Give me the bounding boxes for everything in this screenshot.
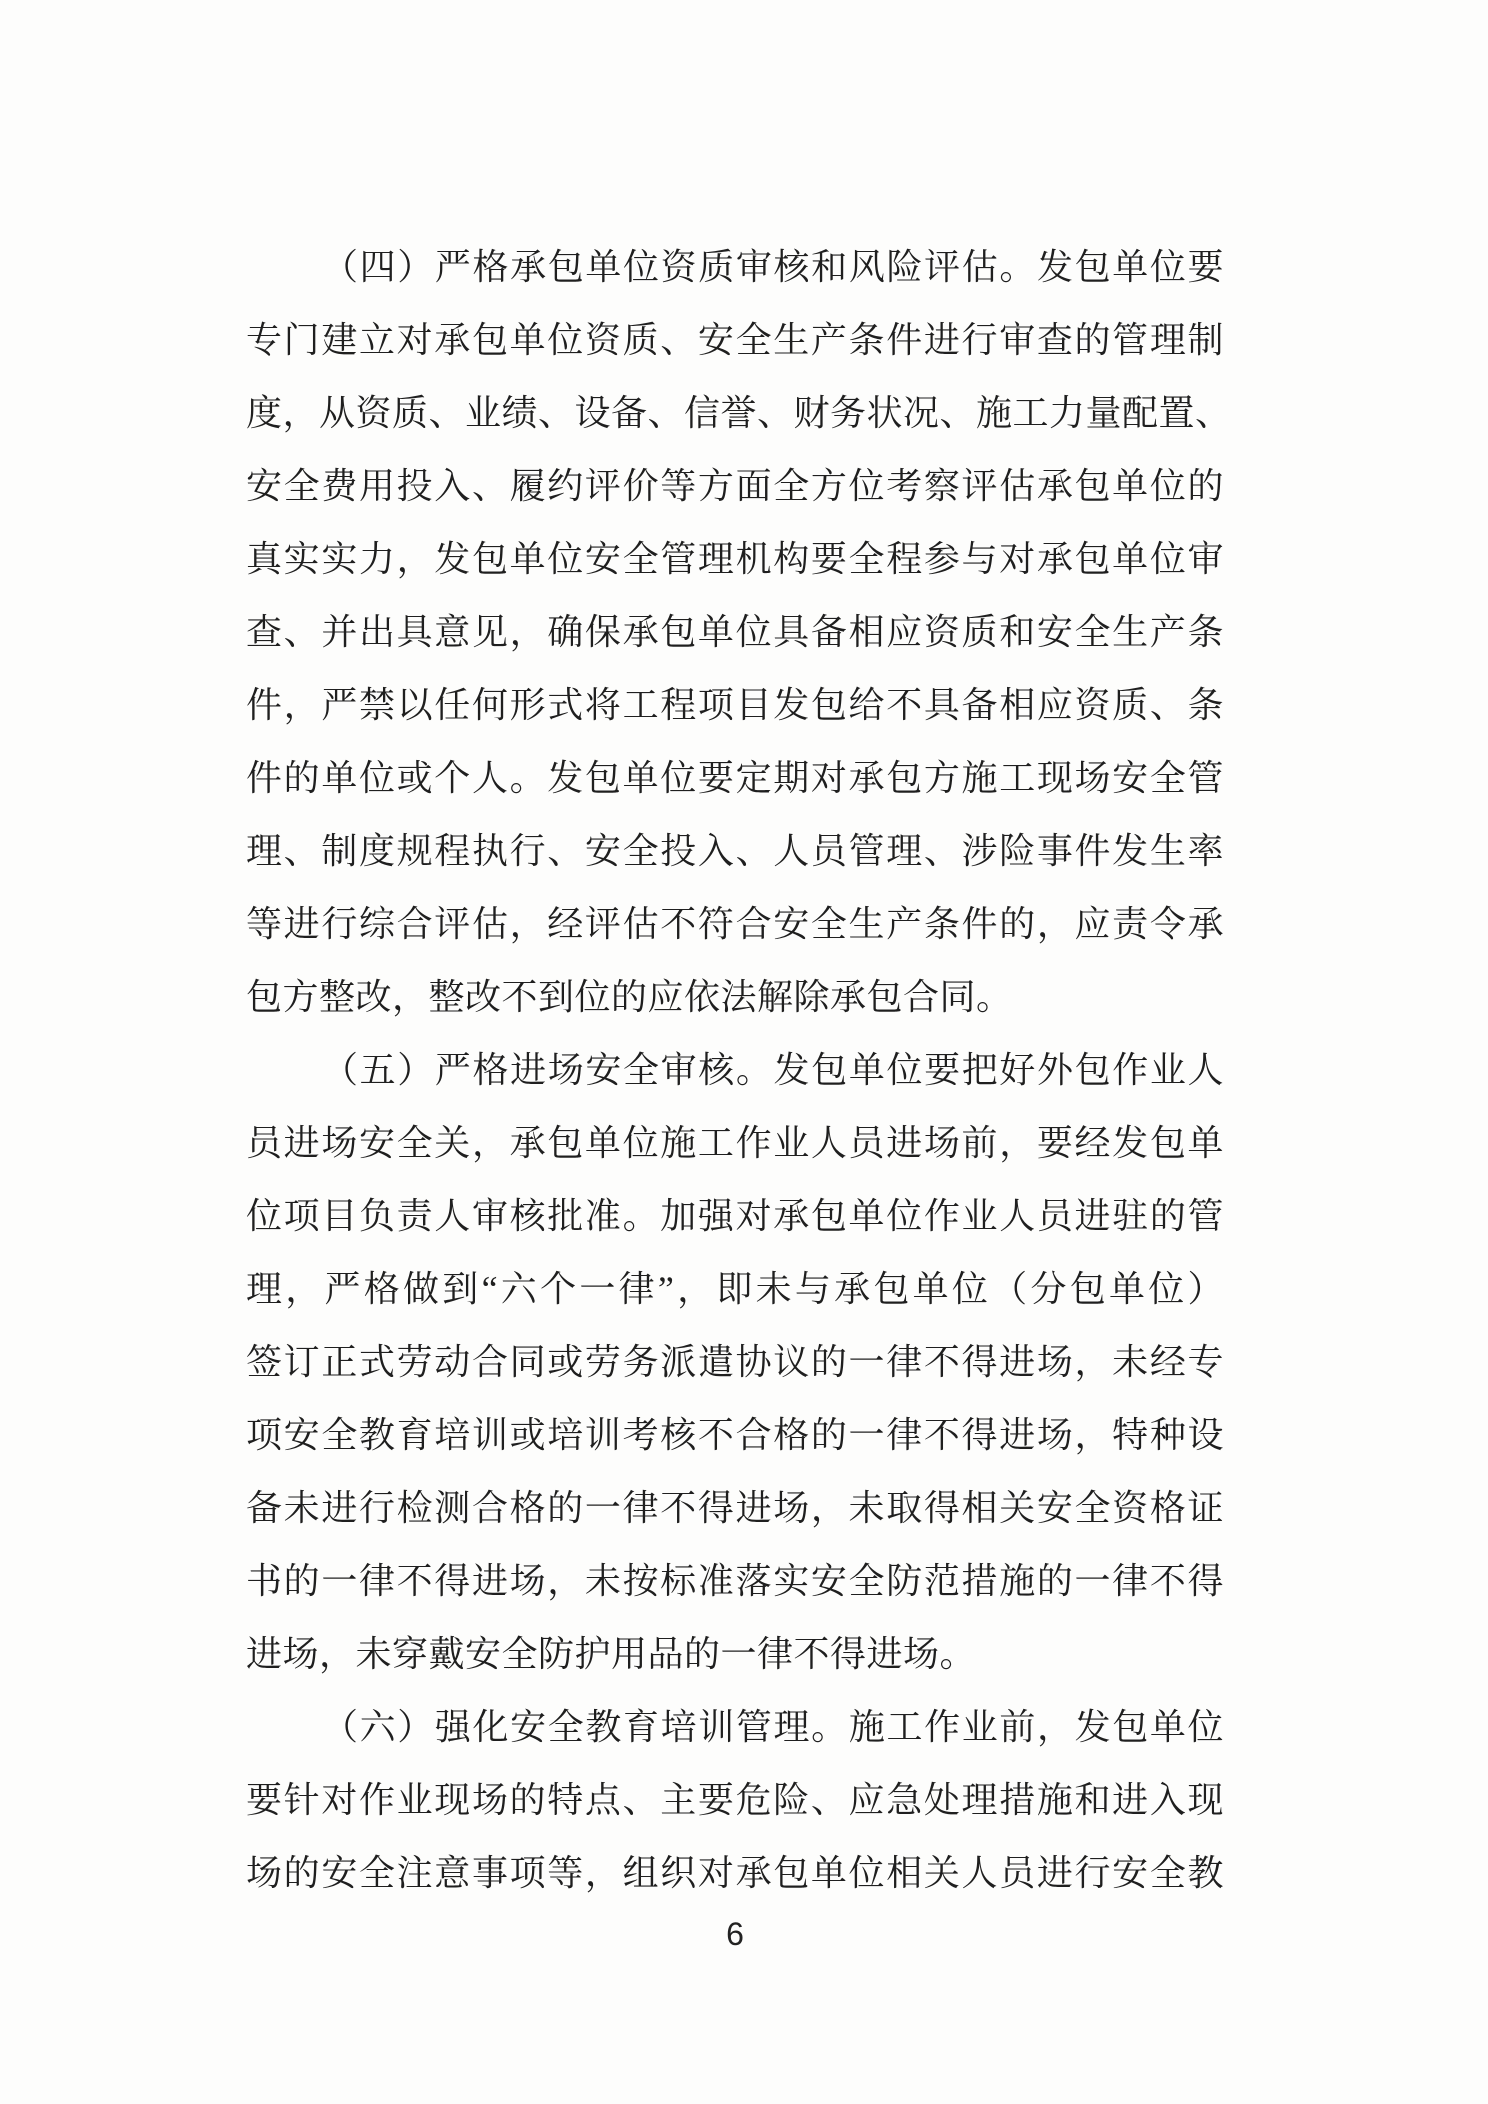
text-line: 理、制度规程执行、安全投入、人员管理、涉险事件发生率 [246,815,1224,888]
text-line: 件，严禁以任何形式将工程项目发包给不具备相应资质、条 [246,669,1224,742]
text-line: 签订正式劳动合同或劳务派遣协议的一律不得进场，未经专 [246,1326,1224,1399]
text-line: 等进行综合评估，经评估不符合安全生产条件的，应责令承 [246,888,1224,961]
text-line: 员进场安全关，承包单位施工作业人员进场前，要经发包单 [246,1107,1224,1180]
text-line: 场的安全注意事项等，组织对承包单位相关人员进行安全教 [246,1837,1224,1910]
text-line: （五）严格进场安全审核。发包单位要把好外包作业人 [246,1034,1224,1107]
text-line: 件的单位或个人。发包单位要定期对承包方施工现场安全管 [246,742,1224,815]
text-line: 查、并出具意见，确保承包单位具备相应资质和安全生产条 [246,596,1224,669]
page-number: 6 [0,1916,1470,1953]
text-line: 度，从资质、业绩、设备、信誉、财务状况、施工力量配置、 [246,377,1224,450]
document-page: （四）严格承包单位资质审核和风险评估。发包单位要专门建立对承包单位资质、安全生产… [0,0,1488,2104]
text-line: 安全费用投入、履约评价等方面全方位考察评估承包单位的 [246,450,1224,523]
text-line: 要针对作业现场的特点、主要危险、应急处理措施和进入现 [246,1764,1224,1837]
document-body: （四）严格承包单位资质审核和风险评估。发包单位要专门建立对承包单位资质、安全生产… [246,231,1224,1910]
text-line: （六）强化安全教育培训管理。施工作业前，发包单位 [246,1691,1224,1764]
text-line: 备未进行检测合格的一律不得进场，未取得相关安全资格证 [246,1472,1224,1545]
text-line: 位项目负责人审核批准。加强对承包单位作业人员进驻的管 [246,1180,1224,1253]
text-line: （四）严格承包单位资质审核和风险评估。发包单位要 [246,231,1224,304]
text-line: 包方整改，整改不到位的应依法解除承包合同。 [246,961,1224,1034]
text-line: 进场，未穿戴安全防护用品的一律不得进场。 [246,1618,1224,1691]
text-line: 专门建立对承包单位资质、安全生产条件进行审查的管理制 [246,304,1224,377]
text-line: 理，严格做到“六个一律”，即未与承包单位（分包单位） [246,1253,1224,1326]
text-line: 项安全教育培训或培训考核不合格的一律不得进场，特种设 [246,1399,1224,1472]
text-line: 真实实力，发包单位安全管理机构要全程参与对承包单位审 [246,523,1224,596]
text-line: 书的一律不得进场，未按标准落实安全防范措施的一律不得 [246,1545,1224,1618]
